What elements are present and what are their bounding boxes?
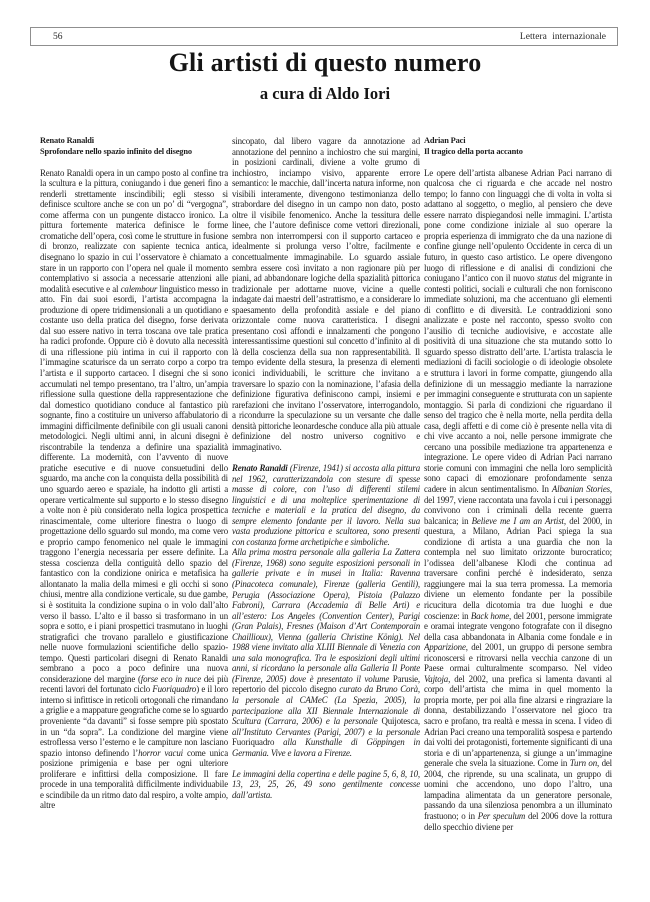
article-body-middle: sincopato, dal libero vagare da annotazi…	[232, 136, 420, 800]
text-run: Fuoriquadro	[152, 684, 196, 694]
text-run: Parusie, repertorio del piccolo disegno	[232, 674, 420, 695]
article-body-right: Le opere dell’artista albanese Adrian Pa…	[424, 168, 612, 832]
text-run: calembour	[121, 284, 158, 294]
artist-name-ranaldi: Renato Ranaldi	[40, 136, 228, 147]
text-run: Back home	[471, 611, 509, 621]
artist-name-paci: Adrian Paci	[424, 136, 612, 147]
text-run: Vajtoja	[424, 674, 448, 684]
text-run: status	[537, 273, 557, 283]
section-title: Gli artisti di questo numero	[0, 48, 650, 78]
page-number: 56	[31, 32, 63, 42]
article-columns: Renato Ranaldi Sprofondare nello spazio …	[40, 136, 612, 873]
column-left: Renato Ranaldi Sprofondare nello spazio …	[40, 136, 228, 873]
text-run: Fuoriquadro	[232, 737, 274, 747]
paragraph: sincopato, dal libero vagare da annotazi…	[232, 136, 420, 452]
article-heading-ranaldi: Renato Ranaldi Sprofondare nello spazio …	[40, 136, 228, 157]
text-run: Believe me I am an Artist	[472, 516, 564, 526]
magazine-page: 56 Lettera internazionale Gli artisti di…	[0, 0, 650, 902]
paragraph: Le opere dell’artista albanese Adrian Pa…	[424, 168, 612, 832]
text-run: Albanian Stories	[552, 484, 610, 494]
text-run: Turn on	[570, 758, 597, 768]
article-subtitle-ranaldi: Sprofondare nello spazio infinito del di…	[40, 147, 228, 158]
paragraph: Alla prima mostra personale alla galleri…	[232, 547, 420, 758]
article-body-left: Renato Ranaldi opera in un campo posto a…	[40, 168, 228, 811]
text-run: Apparizione	[424, 642, 466, 652]
paragraph: Renato Ranaldi (Firenze, 1941) si accost…	[232, 463, 420, 547]
section-byline: a cura di Aldo Iori	[0, 84, 650, 104]
text-run: horror vacui	[138, 748, 183, 758]
journal-name: Lettera internazionale	[520, 32, 617, 42]
column-middle: sincopato, dal libero vagare da annotazi…	[232, 136, 420, 873]
text-run: Quijotesca	[381, 716, 417, 726]
text-run: Renato Ranaldi	[232, 463, 288, 473]
running-header: 56 Lettera internazionale	[30, 27, 618, 46]
text-run: Per speculum	[478, 811, 525, 821]
article-heading-paci: Adrian Paci Il tragico della porta accan…	[424, 136, 612, 157]
column-right: Adrian Paci Il tragico della porta accan…	[424, 136, 612, 873]
text-run: forse eco in nuce	[141, 674, 201, 684]
paragraph: Le immagini della copertina e delle pagi…	[232, 769, 420, 801]
article-subtitle-paci: Il tragico della porta accanto	[424, 147, 612, 158]
paragraph: Renato Ranaldi opera in un campo posto a…	[40, 168, 228, 811]
